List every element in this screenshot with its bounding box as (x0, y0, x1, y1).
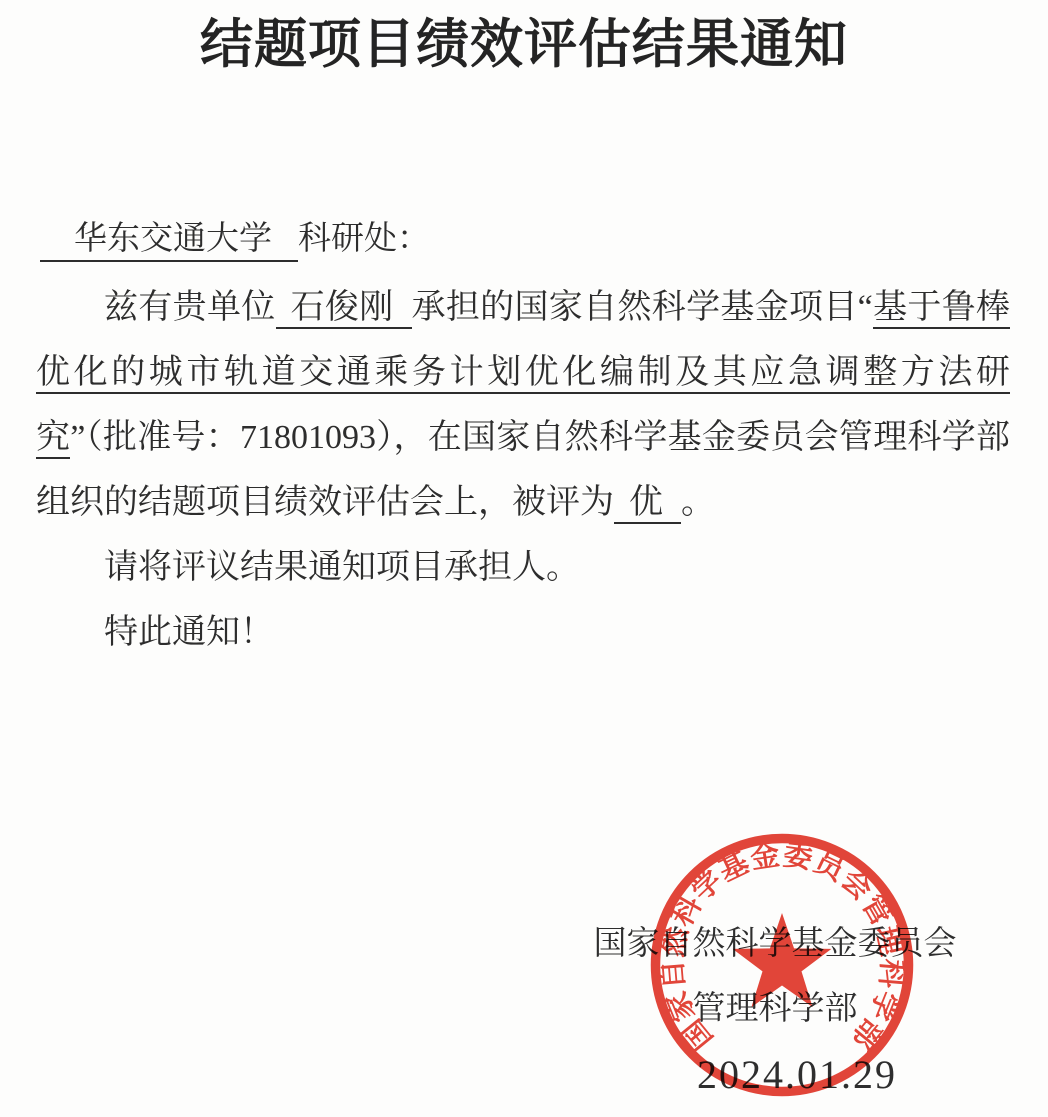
signature-block: 国家自然科学基金委员会 管理科学部 2024.01.29 (555, 912, 995, 1107)
notice-document-page: 结题项目绩效评估结果通知 华东交通大学科研处： 兹有贵单位石俊刚承担的国家自然科… (0, 0, 1048, 1117)
signature-date: 2024.01.29 (577, 1042, 1017, 1107)
paragraph-text: 承担的国家自然科学基金项目“ (412, 289, 873, 326)
recipient-unit-underlined: 华东交通大学 (40, 221, 298, 262)
address-line: 华东交通大学科研处： (40, 219, 1010, 259)
body-paragraph-instruction: 请将评议结果通知项目承担人。 (36, 535, 1010, 600)
body-paragraph-main: 兹有贵单位石俊刚承担的国家自然科学基金项目“基于鲁棒优化的城市轨道交通乘务计划优… (36, 275, 1010, 535)
document-title: 结题项目绩效评估结果通知 (0, 0, 1048, 77)
body-paragraph-closing: 特此通知！ (36, 600, 1010, 665)
recipient-dept-label: 科研处： (298, 221, 430, 257)
signature-dept: 管理科学部 (555, 977, 995, 1042)
paragraph-text: 兹有贵单位 (104, 289, 276, 326)
underlined-fill-in-value: 优 (614, 484, 681, 524)
paragraph-text: 。 (681, 484, 715, 521)
underlined-fill-in-value: 石俊刚 (276, 289, 412, 329)
signature-org: 国家自然科学基金委员会 (555, 912, 995, 977)
paragraph-text: ”（批准号：71801093），在国家自然科学基金委员会管理科学部组织的结题项目… (36, 419, 1010, 521)
